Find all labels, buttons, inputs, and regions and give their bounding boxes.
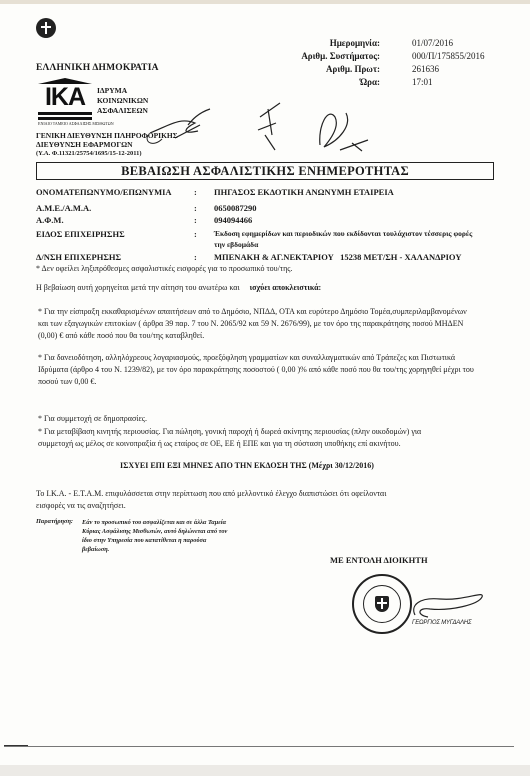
signer-name: ΓΕΩΡΓΙΟΣ ΜΥΓΔΑΛΗΣ <box>412 620 471 626</box>
item-auctions: * Για συμμετοχή σε δημοπρασίες. <box>38 413 478 425</box>
item-property-transfer: * Για μεταβίβαση κινητής περιουσίας. Για… <box>38 426 458 450</box>
greek-coat-of-arms-icon <box>375 596 389 612</box>
field-value-ame: 0650087290 <box>214 202 257 214</box>
official-seal-icon <box>352 574 412 634</box>
ika-logo: ΙΚΑ <box>38 84 92 110</box>
system-number-label: Αριθμ. Συστήματος: <box>301 50 380 63</box>
field-colon: : <box>194 215 197 225</box>
note-label: Παρατήρηση: <box>36 518 73 525</box>
field-label-business-type: ΕΙΔΟΣ ΕΠΙΧΕΙΡΗΣΗΣ <box>36 229 125 239</box>
item-public-sector: * Για την είσπραξη εκκαθαρισμένων απαιτή… <box>38 306 478 342</box>
seal-inner-ring <box>363 585 401 623</box>
field-colon: : <box>194 203 197 213</box>
issued-statement: Η βεβαίωση αυτή χορηγείται μετά την αίτη… <box>36 282 496 294</box>
field-value-afm: 094094466 <box>214 214 252 226</box>
director-signature-icon <box>410 585 490 625</box>
field-value-business-type: Έκδοση εφημερίδων και περιοδικών που εκδ… <box>214 228 474 250</box>
time-label: Ώρα: <box>360 76 380 89</box>
validity-statement: ΙΣΧΥΕΙ ΕΠΙ ΕΞΙ ΜΗΝΕΣ ΑΠΟ ΤΗΝ ΕΚΔΟΣΗ ΤΗΣ … <box>120 461 374 470</box>
field-colon: : <box>194 187 197 197</box>
protocol-number-label: Αριθμ. Πρωτ: <box>326 63 380 76</box>
state-name: ΕΛΛΗΝΙΚΗ ΔΗΜΟΚΡΑΤΙΑ <box>36 63 159 73</box>
time-value: 17:01 <box>412 76 485 89</box>
field-value-address: ΜΠΕΝΑΚΗ & ΑΓ.ΝΕΚΤΑΡΙΟΥ 15238 ΜΕΤ/ΣΗ - ΧΑ… <box>214 251 461 263</box>
field-colon: : <box>194 229 197 239</box>
meta-values: 01/07/2016 000/Π/175855/2016 261636 17:0… <box>412 37 485 89</box>
system-number-value: 000/Π/175855/2016 <box>412 50 485 63</box>
scan-edge-top <box>0 0 530 4</box>
field-label-address: Δ/ΝΣΗ ΕΠΙΧΕΡΗΣΗΣ <box>36 252 121 262</box>
item-loans: * Για δανειοδότηση, αλληλόχρεους λογαρια… <box>38 352 478 388</box>
note-text: Εάν το προσωπικό του ασφαλίζεται και σε … <box>82 518 232 554</box>
field-value-name: ΠΗΓΑΣΟΣ ΕΚΔΟΤΙΚΗ ΑΝΩΝΥΜΗ ΕΤΑΙΡΕΙΑ <box>214 186 394 198</box>
field-label-afm: Α.Φ.Μ. <box>36 215 64 225</box>
field-colon: : <box>194 252 197 262</box>
reservation-statement: Το Ι.Κ.Α. - Ε.Τ.Α.Μ. επιφυλάσσεται στην … <box>36 488 406 512</box>
field-label-name: ΟΝΟΜΑΤΕΠΩΝΥΜΟ/ΕΠΩΝΥΜΙΑ <box>36 187 172 197</box>
protocol-number-value: 261636 <box>412 63 485 76</box>
date-value: 01/07/2016 <box>412 37 485 50</box>
handwritten-signature-icon <box>140 95 370 165</box>
ika-logo-bar <box>38 117 92 120</box>
ika-logo-subtitle: ΕΝΙΑΙΟ ΤΑΜΕΙΟ ΑΣΦΑΛΙΣΗΣ ΜΙΣΘΩΤΩΝ <box>38 121 114 126</box>
scan-edge-bottom <box>0 765 530 776</box>
date-label: Ημερομηνία: <box>330 37 380 50</box>
ika-logo-bar <box>38 112 92 115</box>
document-title: ΒΕΒΑΙΩΣΗ ΑΣΦΑΛΙΣΤΙΚΗΣ ΕΝΗΜΕΡΟΤΗΤΑΣ <box>36 162 494 180</box>
issued-text: Η βεβαίωση αυτή χορηγείται μετά την αίτη… <box>36 283 240 292</box>
command-line: ΜΕ ΕΝΤΟΛΗ ΔΙΟΙΚΗΤΗ <box>330 555 428 565</box>
page-bottom-rule <box>4 746 514 747</box>
field-label-ame: Α.Μ.Ε./Α.Μ.Α. <box>36 203 91 213</box>
issued-bold-text: ισχύει αποκλειστικά: <box>250 283 322 292</box>
greek-emblem-icon <box>36 18 56 38</box>
no-debt-statement: * Δεν οφείλει ληξιπρόθεσμες ασφαλιστικές… <box>36 263 292 275</box>
